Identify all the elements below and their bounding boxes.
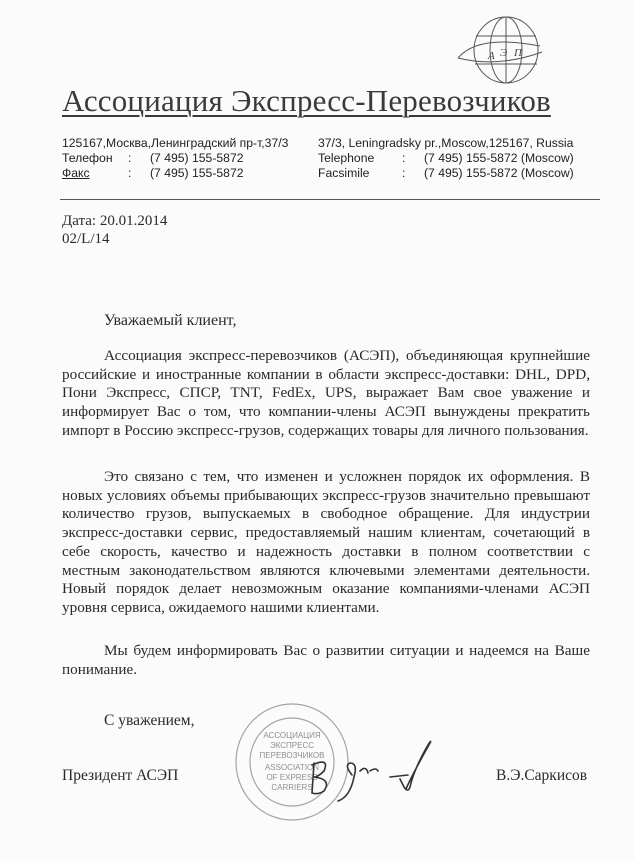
fax-row-ru: Факс:(7 495) 155-5872 [62,166,312,181]
phone-row-ru: Телефон:(7 495) 155-5872 [62,151,312,166]
phone-value-en: (7 495) 155-5872 (Moscow) [424,151,574,165]
fax-value-en: (7 495) 155-5872 (Moscow) [424,166,574,180]
separator: : [128,166,150,181]
handwritten-signature-icon [300,735,450,810]
svg-text:Э: Э [500,47,507,59]
separator: : [402,151,424,166]
letter-meta: Дата: 20.01.2014 02/L/14 [62,212,167,248]
phone-row-en: Telephone:(7 495) 155-5872 (Moscow) [318,151,635,166]
separator: : [402,166,424,181]
phone-label-ru: Телефон [62,151,128,166]
letter-reference: 02/L/14 [62,230,167,248]
svg-text:А: А [487,50,495,62]
phone-label-en: Telephone [318,151,402,166]
fax-label-ru: Факс [62,166,128,181]
body-paragraph-1: Ассоциация экспресс-перевозчиков (АСЭП),… [62,347,590,441]
fax-value-ru: (7 495) 155-5872 [150,166,244,180]
fax-row-en: Facsimile:(7 495) 155-5872 (Moscow) [318,166,635,181]
closing: С уважением, [104,712,195,730]
svg-text:П: П [513,47,523,59]
paragraph-text: Ассоциация экспресс-перевозчиков (АСЭП),… [62,347,590,441]
letter-date: Дата: 20.01.2014 [62,212,167,230]
contacts-russian: 125167,Москва,Ленинградский пр-т,37/3 Те… [62,136,312,181]
contacts-english: 37/3, Leningradsky pr.,Moscow,125167, Ru… [318,136,635,181]
address-en: 37/3, Leningradsky pr.,Moscow,125167, Ru… [318,136,635,151]
signer-title: Президент АСЭП [62,767,178,785]
fax-label-en: Facsimile [318,166,402,181]
paragraph-text: Это связано с тем, что изменен и усложне… [62,468,590,618]
greeting: Уважаемый клиент, [104,312,236,330]
globe-logo-icon: А Э П [448,12,548,92]
header-divider [60,199,600,200]
paragraph-text: Мы будем информировать Вас о развитии си… [62,642,590,679]
body-paragraph-2: Это связано с тем, что изменен и усложне… [62,468,590,618]
signer-name: В.Э.Саркисов [496,767,587,785]
organization-name: Ассоциация Экспресс-Перевозчиков [62,83,551,119]
separator: : [128,151,150,166]
body-paragraph-3: Мы будем информировать Вас о развитии си… [62,642,590,679]
phone-value-ru: (7 495) 155-5872 [150,151,244,165]
address-ru: 125167,Москва,Ленинградский пр-т,37/3 [62,136,312,151]
